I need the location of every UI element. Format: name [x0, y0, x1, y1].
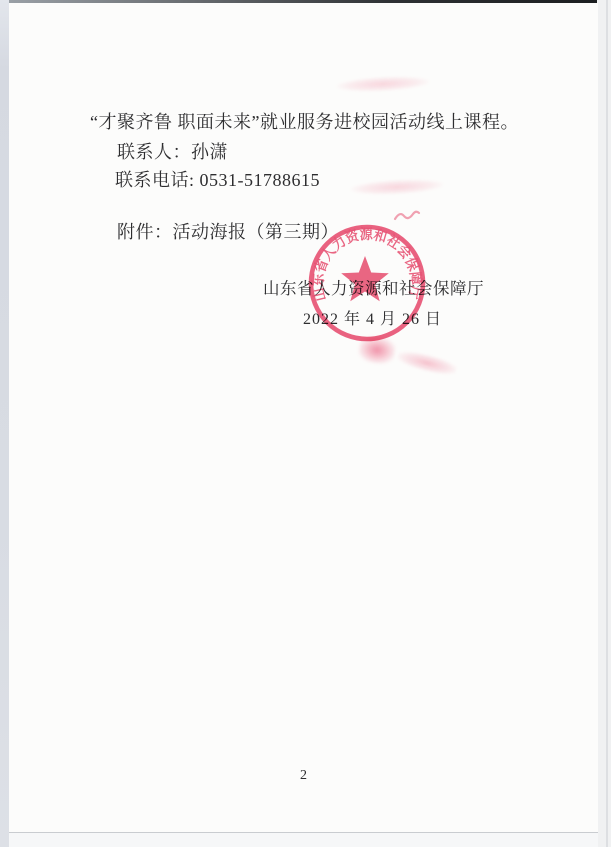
contact-person-line: 联系人：孙潇	[117, 138, 228, 164]
scan-top-edge-bar	[9, 0, 597, 3]
scan-edge-left	[0, 0, 9, 847]
document-page: “才聚齐鲁 职面未来”就业服务进校园活动线上课程。 联系人：孙潇 联系电话: 0…	[9, 3, 598, 833]
seal-squiggle-mark	[395, 212, 419, 219]
seal-star-icon	[341, 256, 389, 301]
ink-ghost-mark-top	[337, 75, 430, 94]
course-title-line: “才聚齐鲁 职面未来”就业服务进校园活动线上课程。	[90, 108, 519, 134]
scan-bottom-edge	[9, 832, 598, 847]
official-seal: 山东省人力资源和社会保障厅	[277, 193, 457, 373]
scan-edge-right	[598, 0, 611, 847]
page-number: 2	[9, 768, 598, 784]
scanned-document: “才聚齐鲁 职面未来”就业服务进校园活动线上课程。 联系人：孙潇 联系电话: 0…	[0, 0, 611, 847]
contact-phone-line: 联系电话: 0531-51788615	[115, 166, 320, 192]
